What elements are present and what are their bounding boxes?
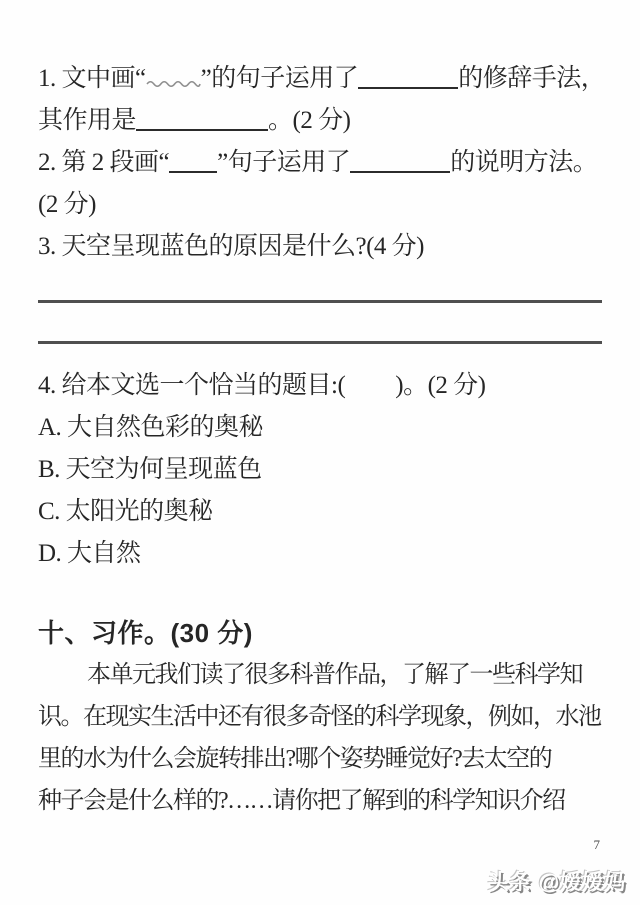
composition-paragraph-line: 识。在现实生活中还有很多奇怪的科学现象，例如，水池 [38,696,602,738]
question-2-text: 的说明方法。 [450,149,597,176]
option-text: D. 大自然 [38,540,141,567]
question-4-option-a: A. 大自然色彩的奥秘 [38,407,602,449]
question-2-line-1: 2. 第 2 段画“”句子运用了的说明方法。 [38,142,602,184]
question-1-text: 1. 文中画“ [38,65,146,92]
answer-space [38,268,602,365]
page-content: 1. 文中画“”的句子运用了的修辞手法， 其作用是。(2 分) 2. 第 2 段… [38,58,602,822]
question-4-text: 4. 给本文选一个恰当的题目:( [38,372,345,399]
test-paper-page: 1. 文中画“”的句子运用了的修辞手法， 其作用是。(2 分) 2. 第 2 段… [0,0,640,905]
question-3-text: 3. 天空呈现蓝色的原因是什么?(4 分) [38,233,424,260]
wavy-underline [146,60,201,102]
blank-underline [350,170,450,173]
question-4-text: )。(2 分) [395,372,485,399]
question-4-option-d: D. 大自然 [38,533,602,575]
blank-underline [358,86,458,89]
section-10-heading: 十、习作。(30 分) [38,612,602,654]
question-3: 3. 天空呈现蓝色的原因是什么?(4 分) [38,226,602,268]
blank-underline [169,170,217,173]
answer-line [38,341,602,344]
question-2-score: (2 分) [38,191,96,218]
question-2-text: ”句子运用了 [217,149,350,176]
question-4-option-c: C. 太阳光的奥秘 [38,491,602,533]
question-2-line-2: (2 分) [38,184,602,226]
option-text: A. 大自然色彩的奥秘 [38,414,263,441]
composition-paragraph-line: 种子会是什么样的?……请你把了解到的科学知识介绍 [38,780,602,822]
question-1-text: 其作用是 [38,107,136,134]
composition-paragraph-line: 里的水为什么会旋转排出?哪个姿势睡觉好?去太空的 [38,738,602,780]
question-1-line-1: 1. 文中画“”的句子运用了的修辞手法， [38,58,602,100]
option-text: C. 太阳光的奥秘 [38,498,213,525]
question-1-text: 的修辞手法， [458,65,605,92]
question-2-text: 2. 第 2 段画“ [38,149,169,176]
question-1-text: ”的句子运用了 [201,65,359,92]
section-space [38,575,602,612]
option-text: B. 天空为何呈现蓝色 [38,456,262,483]
question-4-option-b: B. 天空为何呈现蓝色 [38,449,602,491]
composition-paragraph-line: 本单元我们读了很多科普作品，了解了一些科学知 [38,654,602,696]
question-1-line-2: 其作用是。(2 分) [38,100,602,142]
question-1-text: 。(2 分) [268,107,350,134]
blank-underline [136,128,268,131]
question-4-stem: 4. 给本文选一个恰当的题目:()。(2 分) [38,365,602,407]
answer-line [38,300,602,303]
watermark: 头条 @嫒嫒妈 [488,866,626,896]
page-number: 7 [594,837,601,853]
